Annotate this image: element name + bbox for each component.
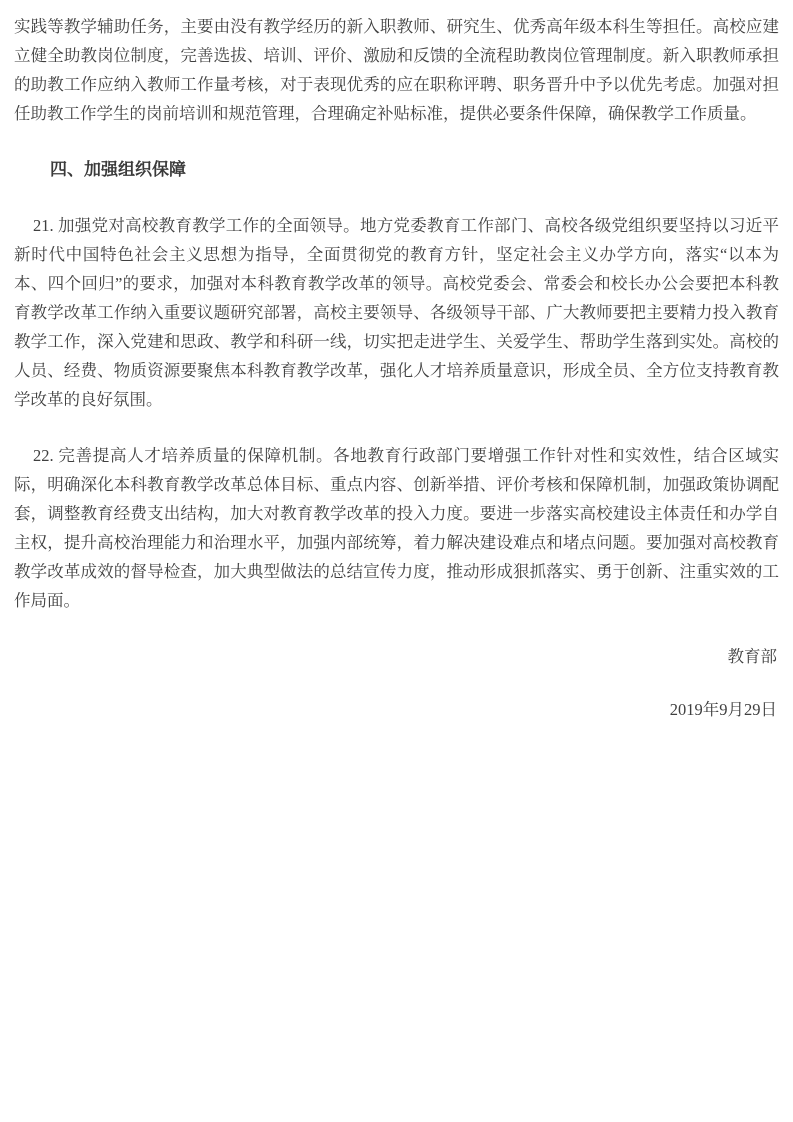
signature-issuer: 教育部 (14, 642, 777, 671)
document-date: 2019年9月29日 (14, 695, 777, 724)
section-heading: 四、加强组织保障 (14, 155, 779, 184)
paragraph-22: 22. 完善提高人才培养质量的保障机制。各地教育行政部门要增强工作针对性和实效性… (14, 441, 779, 615)
paragraph-continuation: 实践等教学辅助任务，主要由没有教学经历的新入职教师、研究生、优秀高年级本科生等担… (14, 12, 779, 128)
document-page: 实践等教学辅助任务，主要由没有教学经历的新入职教师、研究生、优秀高年级本科生等担… (0, 0, 793, 1122)
paragraph-21: 21. 加强党对高校教育教学工作的全面领导。地方党委教育工作部门、高校各级党组织… (14, 211, 779, 414)
